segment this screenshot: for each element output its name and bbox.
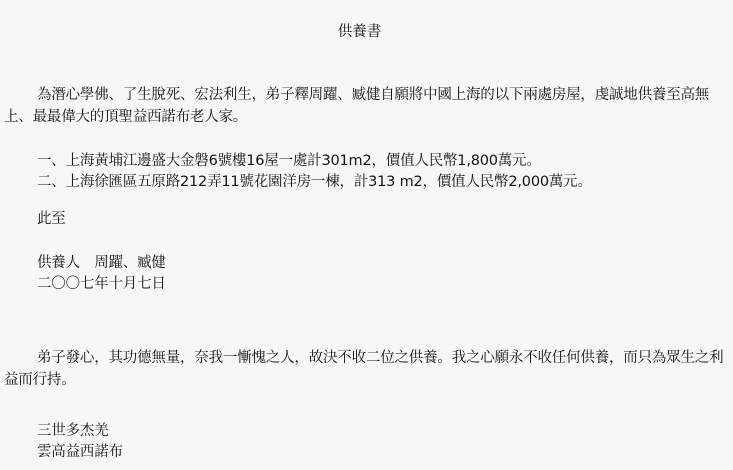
date-line: 二〇〇七年十月七日 bbox=[37, 273, 166, 295]
donor-line: 供養人 周躍、臧健 bbox=[37, 252, 166, 274]
property-item-2: 二、上海徐匯區五原路212弄11號花園洋房一棟，計313 m2，價值人民幣2,0… bbox=[37, 171, 592, 193]
signature-line-2: 雲高益西諾布 bbox=[37, 441, 123, 463]
offering-paragraph: 為潛心學佛、了生脫死、宏法利生，弟子釋周躍、臧健自願將中國上海的以下兩處房屋，虔… bbox=[4, 84, 732, 128]
property-item-1: 一、上海黃埔江邊盛大金磐6號樓16屋一處計301m2，價值人民幣1,800萬元。 bbox=[37, 150, 541, 172]
document-title: 供養書 bbox=[0, 21, 733, 43]
signature-line-1: 三世多杰羌 bbox=[37, 420, 109, 442]
reply-paragraph: 弟子發心，其功德無量，奈我一慚愧之人，故決不收二位之供養。我之心願永不收任何供養… bbox=[4, 347, 732, 391]
closing-text: 此至 bbox=[37, 208, 66, 230]
